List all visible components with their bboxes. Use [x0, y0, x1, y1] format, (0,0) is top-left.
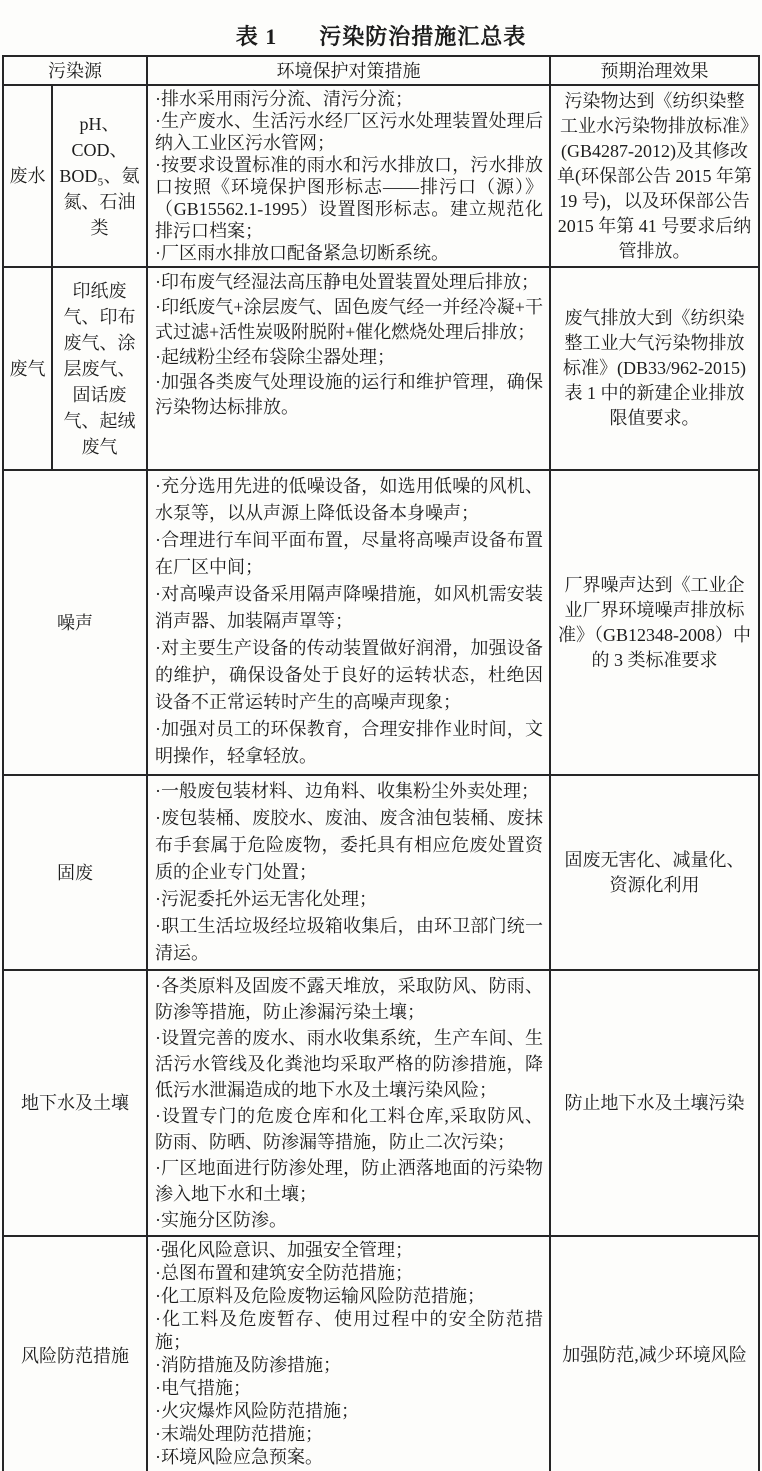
table-title: 表 1污染防治措施汇总表: [0, 0, 762, 55]
protection-measures-cell: ·印布废气经湿法高压静电处置装置处理后排放； ·印纸废气+涂层废气、固色废气经一…: [147, 267, 550, 470]
table-row: 固废·一般废包装材料、边角料、收集粉尘外卖处理； ·废包装桶、废胶水、废油、废含…: [3, 775, 759, 970]
header-row: 污染源 环境保护对策措施 预期治理效果: [3, 56, 759, 85]
pollution-measures-table: 污染源 环境保护对策措施 预期治理效果 废水pH、COD、BOD₅、氨氮、石油类…: [2, 55, 760, 1471]
pollutant-items-cell: pH、COD、BOD₅、氨氮、石油类: [52, 85, 147, 267]
protection-measures-cell: ·强化风险意识、加强安全管理； ·总图布置和建筑安全防范措施； ·化工原料及危险…: [147, 1236, 550, 1471]
header-pollution-source: 污染源: [3, 56, 147, 85]
expected-effect-cell: 污染物达到《纺织染整工业水污染物排放标准》(GB4287-2012)及其修改单(…: [550, 85, 759, 267]
protection-measures-cell: ·一般废包装材料、边角料、收集粉尘外卖处理； ·废包装桶、废胶水、废油、废含油包…: [147, 775, 550, 970]
table-row: 风险防范措施·强化风险意识、加强安全管理； ·总图布置和建筑安全防范措施； ·化…: [3, 1236, 759, 1471]
table-body: 废水pH、COD、BOD₅、氨氮、石油类·排水采用雨污分流、清污分流； ·生产废…: [3, 85, 759, 1471]
protection-measures-cell: ·各类原料及固废不露天堆放，采取防风、防雨、防渗等措施，防止渗漏污染土壤； ·设…: [147, 970, 550, 1236]
table-title-label: 表 1: [236, 24, 278, 49]
table-row: 废水pH、COD、BOD₅、氨氮、石油类·排水采用雨污分流、清污分流； ·生产废…: [3, 85, 759, 267]
table-row: 噪声·充分选用先进的低噪设备，如选用低噪的风机、水泵等，以从声源上降低设备本身噪…: [3, 470, 759, 775]
pollutant-items-cell: 印纸废气、印布废气、涂层废气、固话废气、起绒废气: [52, 267, 147, 470]
protection-measures-cell: ·排水采用雨污分流、清污分流； ·生产废水、生活污水经厂区污水处理装置处理后纳入…: [147, 85, 550, 267]
protection-measures-cell: ·充分选用先进的低噪设备，如选用低噪的风机、水泵等，以从声源上降低设备本身噪声；…: [147, 470, 550, 775]
pollution-category-cell: 地下水及土壤: [3, 970, 147, 1236]
expected-effect-cell: 固废无害化、减量化、资源化利用: [550, 775, 759, 970]
pollution-category-cell: 固废: [3, 775, 147, 970]
table-row: 废气印纸废气、印布废气、涂层废气、固话废气、起绒废气·印布废气经湿法高压静电处置…: [3, 267, 759, 470]
pollution-category-cell: 风险防范措施: [3, 1236, 147, 1471]
header-expected-effect: 预期治理效果: [550, 56, 759, 85]
expected-effect-cell: 防止地下水及土壤污染: [550, 970, 759, 1236]
table-row: 地下水及土壤·各类原料及固废不露天堆放，采取防风、防雨、防渗等措施，防止渗漏污染…: [3, 970, 759, 1236]
header-protection-measures: 环境保护对策措施: [147, 56, 550, 85]
document-page: 表 1污染防治措施汇总表 污染源 环境保护对策措施 预期治理效果 废水pH、CO…: [0, 0, 762, 1471]
pollution-category-cell: 废水: [3, 85, 52, 267]
table-title-text: 污染防治措施汇总表: [319, 24, 526, 49]
pollution-category-cell: 噪声: [3, 470, 147, 775]
pollution-category-cell: 废气: [3, 267, 52, 470]
expected-effect-cell: 废气排放大到《纺织染整工业大气污染物排放标准》(DB33/962-2015)表 …: [550, 267, 759, 470]
expected-effect-cell: 加强防范,减少环境风险: [550, 1236, 759, 1471]
expected-effect-cell: 厂界噪声达到《工业企业厂界环境噪声排放标准》（GB12348-2008）中的 3…: [550, 470, 759, 775]
